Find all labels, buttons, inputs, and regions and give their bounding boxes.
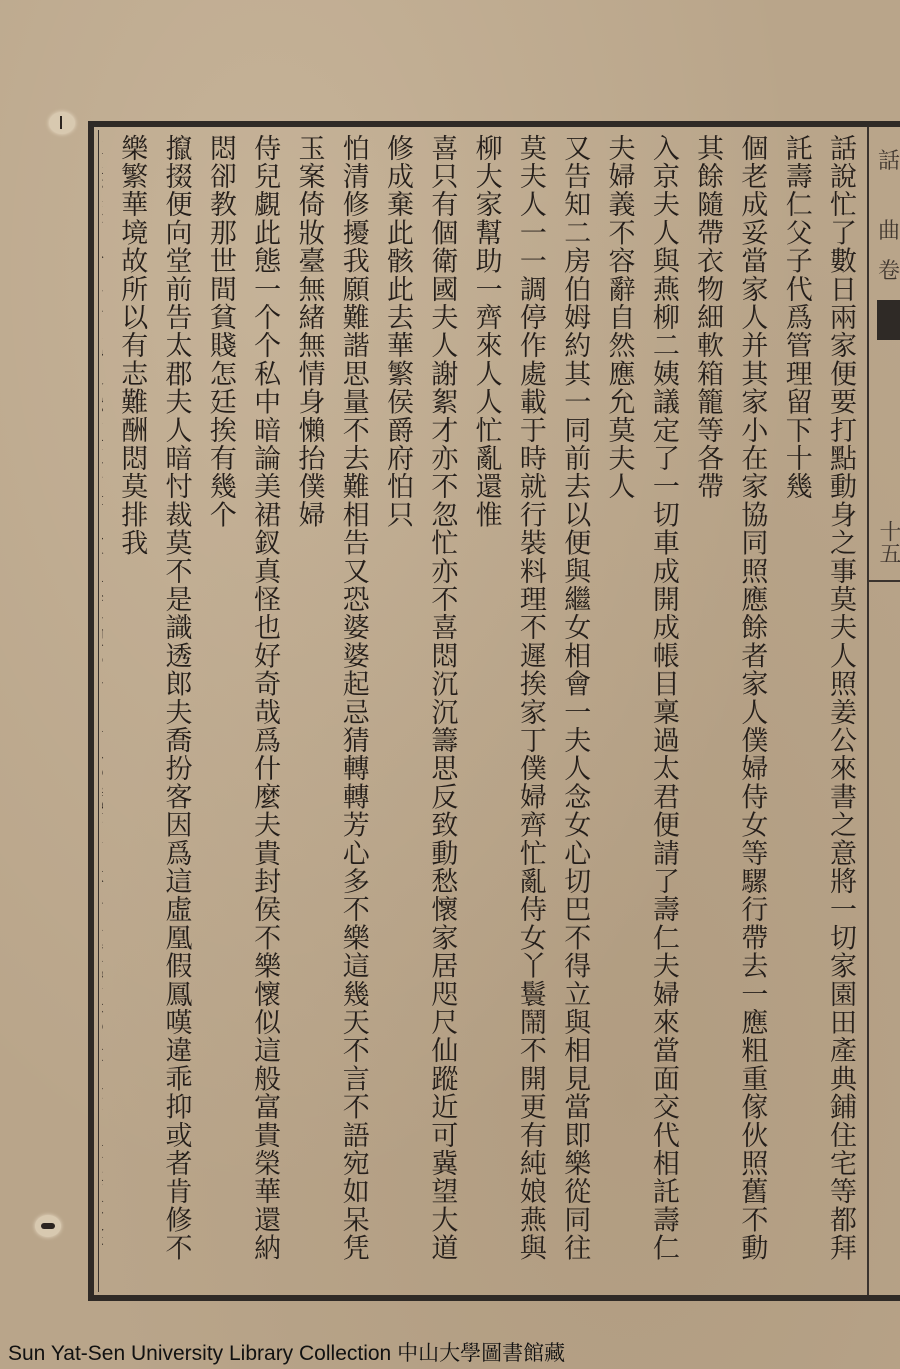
right-column-rule bbox=[867, 127, 869, 1295]
text-column: 入京夫人與燕柳二姨議定了一切車成開成帳目稟過太君便請了壽仁夫婦來當面交代相託壽仁… bbox=[596, 134, 685, 1289]
frame-inner-rule bbox=[98, 130, 99, 1292]
text-column: 又告知二房伯姆約其一同前去以便與繼女相會一夫人念女心切巴不得立與相見當即樂從同往 bbox=[552, 134, 596, 1289]
spine-divider bbox=[869, 580, 900, 582]
spine-char: 卷 bbox=[878, 260, 900, 284]
fish-tail-marker bbox=[877, 300, 900, 340]
binding-hole-top bbox=[49, 112, 75, 134]
text-column: 侍兒覷此態一个个私中暗論美裙釵真怪也好奇哉爲什麼夫貴封侯不樂懷似這般富貴榮華還納… bbox=[198, 134, 287, 1289]
text-column: 攛掇便向堂前告太郡夫人暗忖裁莫不是識透郎夫喬扮客因爲這虛凰假鳳嘆違乖抑或者肯修不… bbox=[109, 134, 198, 1289]
spine-char: 曲 bbox=[878, 220, 900, 244]
text-column: 本無能詞令拙勸他反恐益其哀萬般且待臨都去自有那峨嵋調停會處哉太郡夫人存主意便教諸… bbox=[102, 134, 109, 1289]
text-column: 話說忙了數日兩家便要打點動身之事莫夫人照姜公來書之意將一切家園田產典鋪住宅等都拜… bbox=[773, 134, 862, 1289]
text-column: 莫夫人一一調停作處載于時就行裝料理不遲挨家丁僕婦齊忙亂侍女丫鬟鬧不開更有純娘燕與… bbox=[463, 134, 552, 1289]
page-number: 十五 bbox=[878, 520, 900, 564]
binding-hole-bottom bbox=[35, 1215, 61, 1237]
text-column: 個老成妥當家人并其家小在家協同照應餘者家人僕婦侍女等騾行帶去一應粗重傢伙照舊不動… bbox=[685, 134, 774, 1289]
collection-watermark: Sun Yat-Sen University Library Collectio… bbox=[8, 1337, 565, 1367]
margin-mark bbox=[60, 116, 62, 129]
text-column: 喜只有個衛國夫人謝絮才亦不忽忙亦不喜悶沉沉籌思反致動愁懷家居咫尺仙蹤近可冀望大道… bbox=[375, 134, 464, 1289]
text-column: 怕清修擾我願難諧思量不去難相告又恐婆婆起忌猜轉轉芳心多不樂這幾天不言不語宛如呆凭… bbox=[286, 134, 375, 1289]
scanned-page: 話 曲 卷 十五 話說忙了數日兩家便要打點動身之事莫夫人照姜公來書之意將一切家園… bbox=[0, 0, 900, 1369]
text-body: 話說忙了數日兩家便要打點動身之事莫夫人照姜公來書之意將一切家園田產典鋪住宅等都拜… bbox=[102, 134, 862, 1289]
spine-char: 話 bbox=[878, 150, 900, 174]
